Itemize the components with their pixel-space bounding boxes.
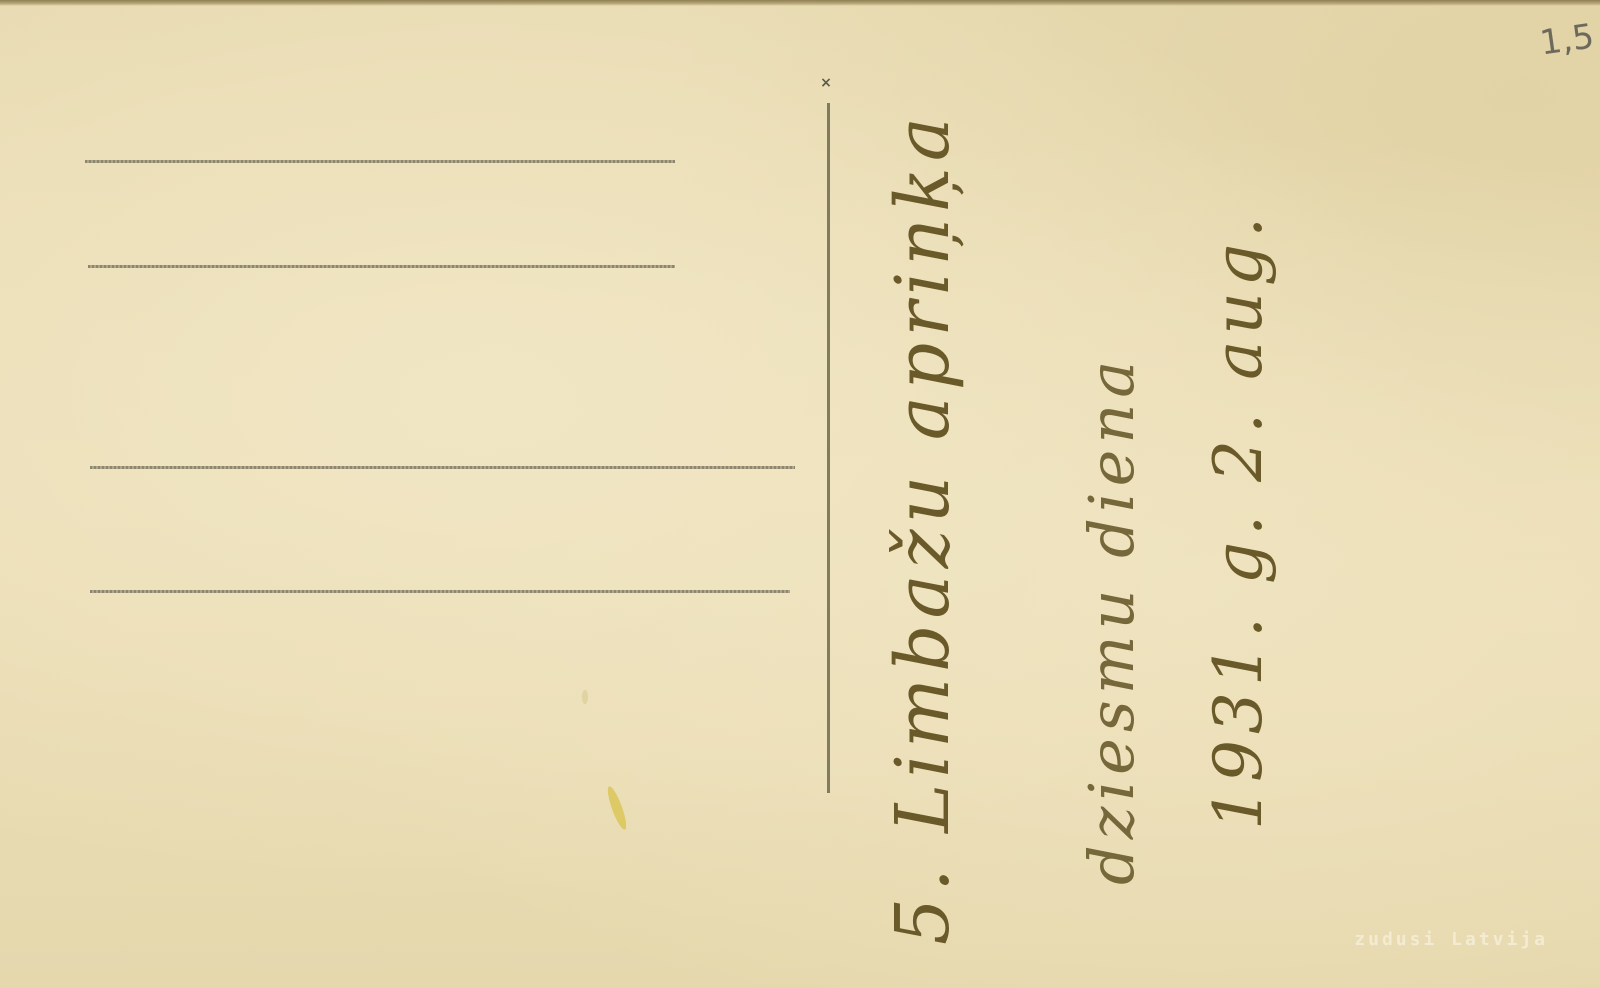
vertical-divider (827, 103, 830, 793)
watermark: zudusi Latvija (1354, 929, 1548, 950)
faint-stain (582, 690, 588, 704)
yellow-stain (604, 785, 629, 832)
handwritten-line-3: 1931. g. 2. aug. (1200, 211, 1277, 830)
pencil-note: 1,5 (1537, 16, 1596, 63)
divider-mark: × (815, 72, 837, 94)
address-line-3 (90, 466, 795, 469)
handwritten-line-2: dziesmu diena (1075, 355, 1148, 885)
address-line-2 (88, 265, 675, 268)
address-line-4 (90, 590, 790, 593)
address-line-1 (85, 160, 675, 163)
scan-top-edge (0, 0, 1600, 6)
handwritten-line-1: 5. Limbažu apriņķa (880, 111, 966, 945)
postcard-back: × 5. Limbažu apriņķa dziesmu diena 1931.… (0, 0, 1600, 988)
